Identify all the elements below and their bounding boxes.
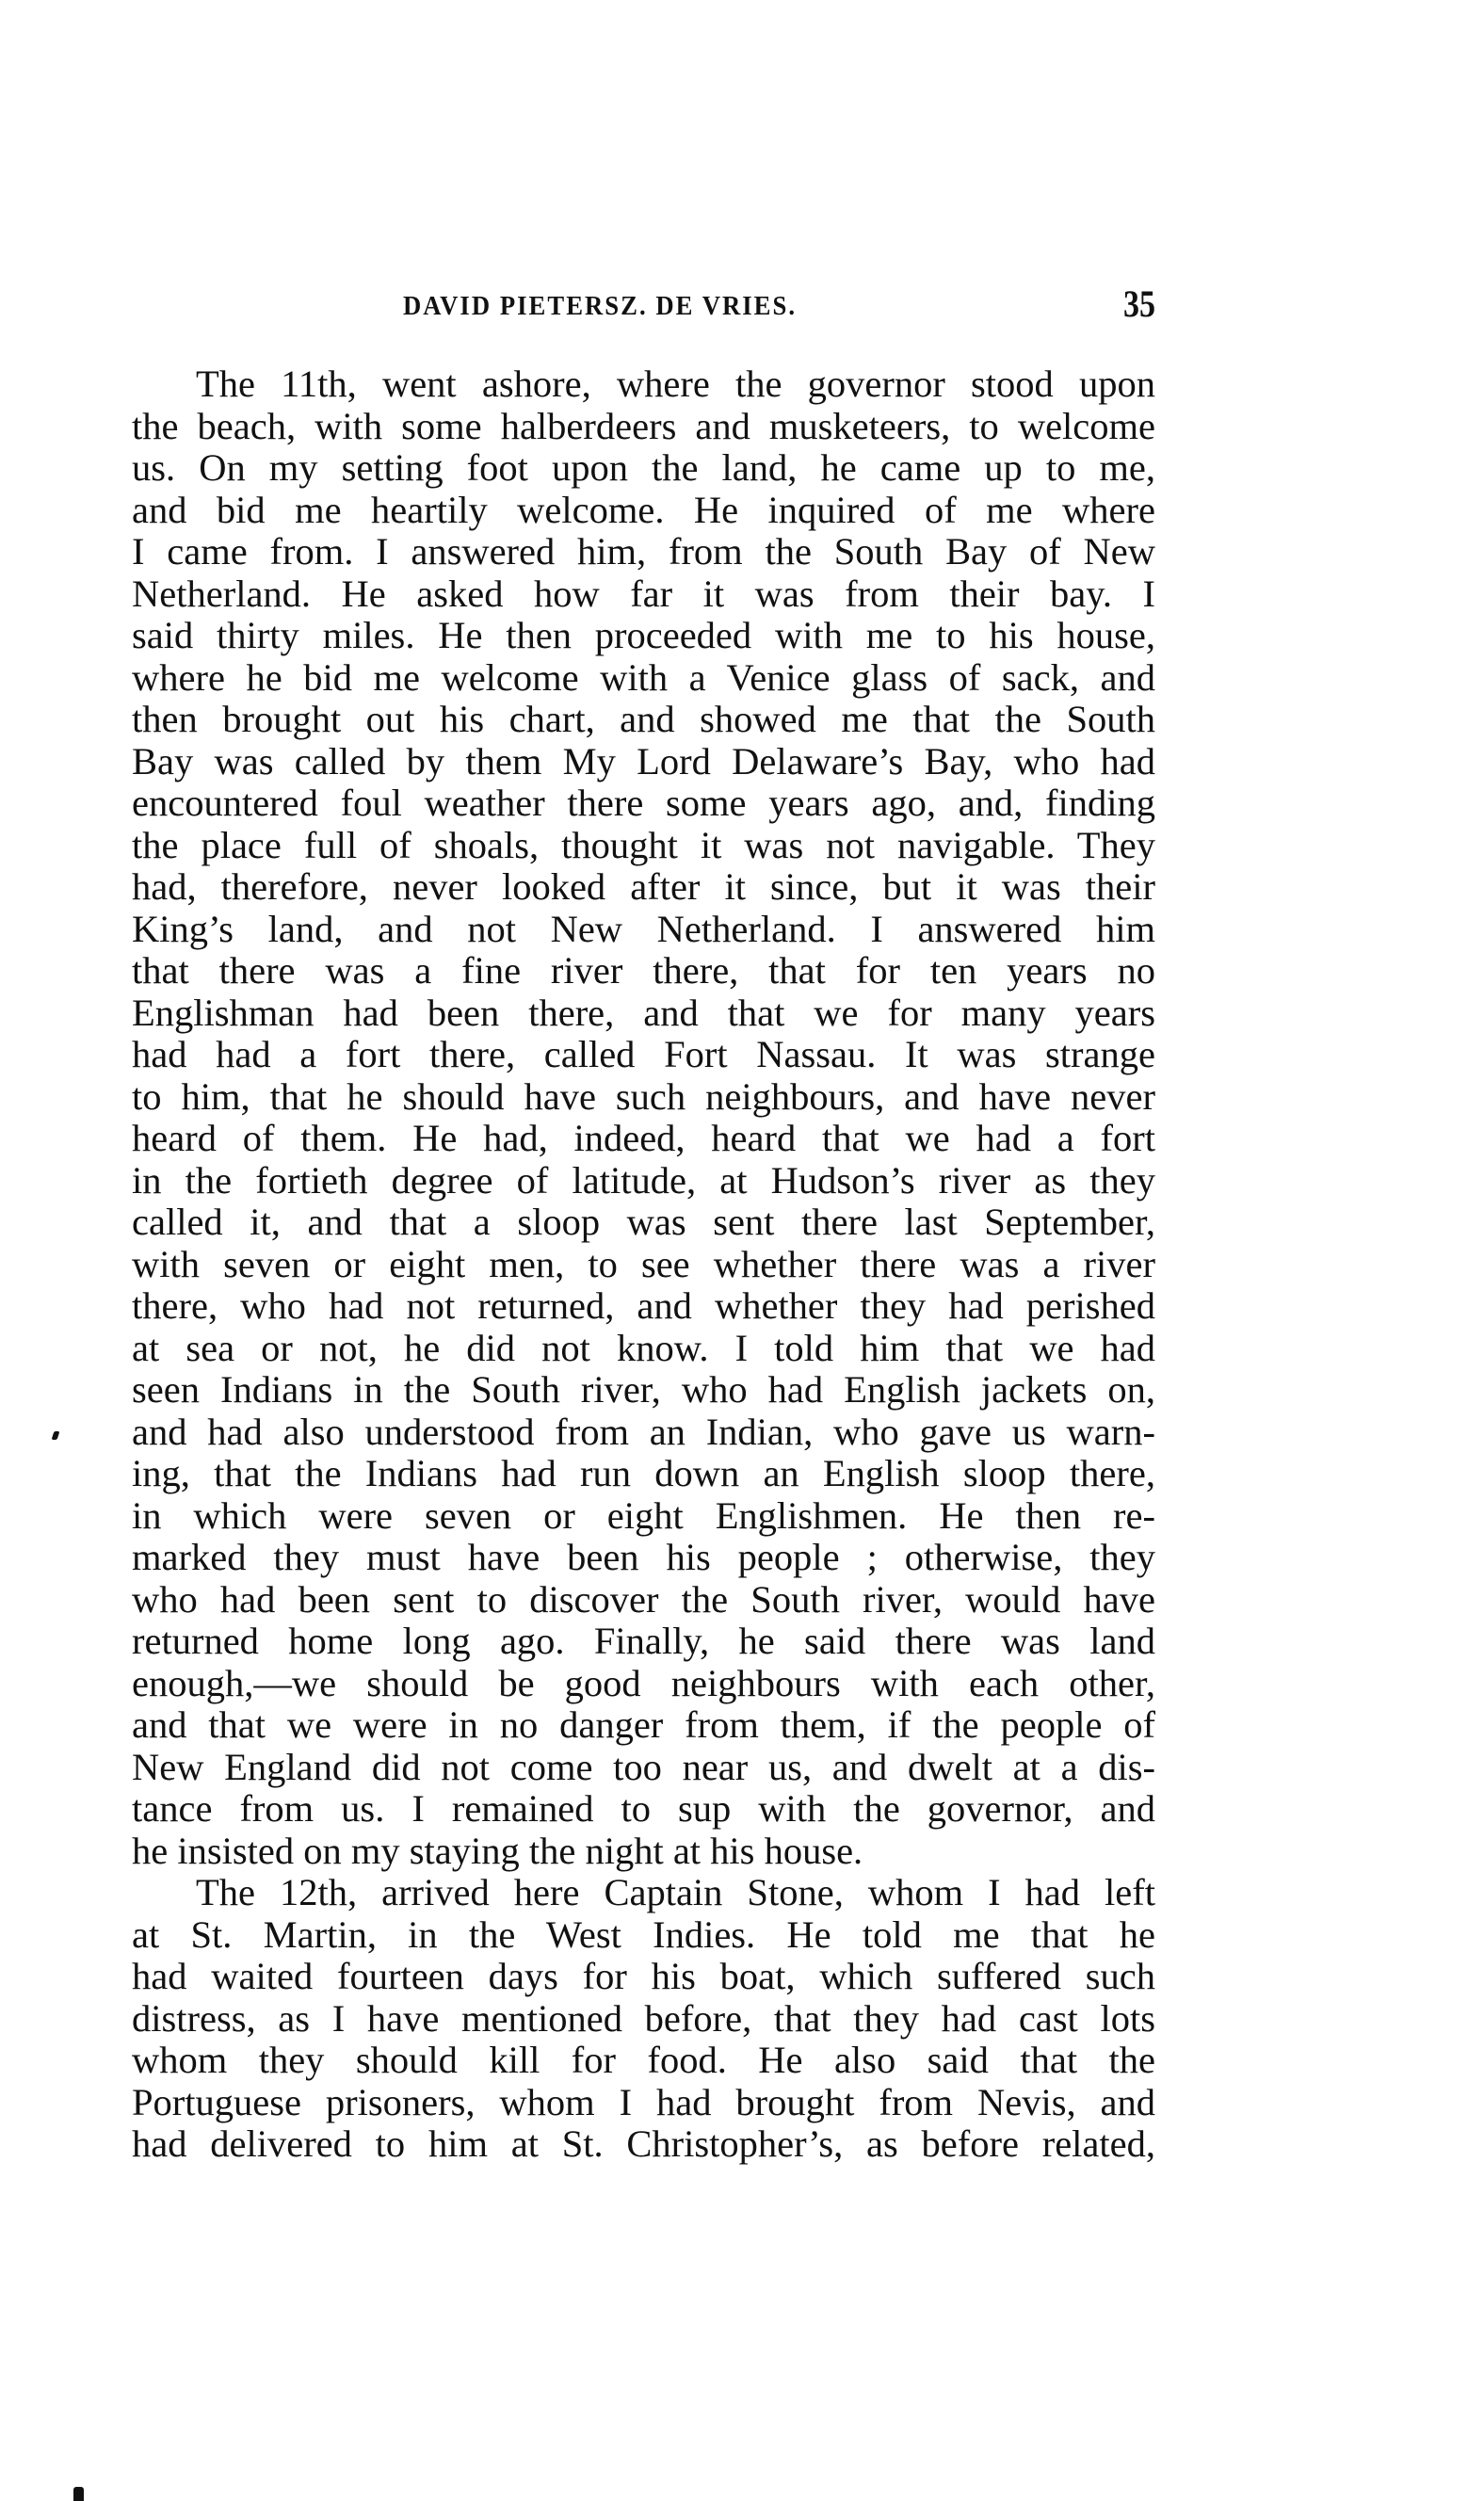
text-line: at St. Martin, in the West Indies. He to… <box>132 1914 1155 1957</box>
text-line: to him, that he should have such neighbo… <box>132 1076 1155 1119</box>
text-line: at sea or not, he did not know. I told h… <box>132 1328 1155 1370</box>
text-line: New England did not come too near us, an… <box>132 1747 1155 1789</box>
ink-speck <box>73 2487 84 2501</box>
text-line: Netherland. He asked how far it was from… <box>132 573 1155 616</box>
text-line: encountered foul weather there some year… <box>132 783 1155 825</box>
running-title: DAVID PIETERSZ. DE VRIES. <box>403 291 797 321</box>
text-line: had, therefore, never looked after it si… <box>132 866 1155 909</box>
text-line: in which were seven or eight Englishmen.… <box>132 1495 1155 1538</box>
text-line: and had also understood from an Indian, … <box>132 1412 1155 1454</box>
text-line: marked they must have been his people ; … <box>132 1537 1155 1579</box>
text-line: who had been sent to discover the South … <box>132 1579 1155 1622</box>
body-text: The 11th, went ashore, where the governo… <box>132 363 1155 2166</box>
text-line: had waited fourteen days for his boat, w… <box>132 1956 1155 1998</box>
book-page: DAVID PIETERSZ. DE VRIES. 35 The 11th, w… <box>0 0 1484 2501</box>
text-line: had had a fort there, called Fort Nassau… <box>132 1034 1155 1076</box>
text-line: enough,—we should be good neighbours wit… <box>132 1663 1155 1705</box>
running-head: DAVID PIETERSZ. DE VRIES. 35 <box>132 285 1155 323</box>
text-line: returned home long ago. Finally, he said… <box>132 1621 1155 1663</box>
text-line: I came from. I answered him, from the So… <box>132 531 1155 573</box>
text-line: and that we were in no danger from them,… <box>132 1704 1155 1747</box>
text-line: there, who had not returned, and whether… <box>132 1285 1155 1328</box>
text-line: distress, as I have mentioned before, th… <box>132 1998 1155 2041</box>
text-line: had delivered to him at St. Christopher’… <box>132 2123 1155 2166</box>
text-line: that there was a fine river there, that … <box>132 950 1155 992</box>
text-line: ing, that the Indians had run down an En… <box>132 1453 1155 1495</box>
page-number: 35 <box>1123 285 1155 323</box>
text-line: The 11th, went ashore, where the governo… <box>132 363 1155 406</box>
text-line: seen Indians in the South river, who had… <box>132 1369 1155 1412</box>
text-line: Englishman had been there, and that we f… <box>132 992 1155 1035</box>
text-line: where he bid me welcome with a Venice gl… <box>132 657 1155 700</box>
text-line: said thirty miles. He then proceeded wit… <box>132 615 1155 657</box>
text-line: Portuguese prisoners, whom I had brought… <box>132 2082 1155 2124</box>
text-line: Bay was called by them My Lord Delaware’… <box>132 741 1155 783</box>
text-line: whom they should kill for food. He also … <box>132 2040 1155 2082</box>
text-line: the place full of shoals, thought it was… <box>132 825 1155 867</box>
text-line: the beach, with some halberdeers and mus… <box>132 406 1155 448</box>
text-line: then brought out his chart, and showed m… <box>132 699 1155 741</box>
text-line: tance from us. I remained to sup with th… <box>132 1788 1155 1831</box>
ink-speck <box>52 1431 60 1440</box>
text-line: in the fortieth degree of latitude, at H… <box>132 1160 1155 1202</box>
text-line: with seven or eight men, to see whether … <box>132 1244 1155 1286</box>
text-line: us. On my setting foot upon the land, he… <box>132 447 1155 490</box>
text-line: heard of them. He had, indeed, heard tha… <box>132 1118 1155 1160</box>
text-line-paragraph-end: he insisted on my staying the night at h… <box>132 1831 1155 1873</box>
text-line: King’s land, and not New Netherland. I a… <box>132 909 1155 951</box>
text-line: and bid me heartily welcome. He inquired… <box>132 490 1155 532</box>
text-line: called it, and that a sloop was sent the… <box>132 1202 1155 1244</box>
text-line: The 12th, arrived here Captain Stone, wh… <box>132 1872 1155 1914</box>
